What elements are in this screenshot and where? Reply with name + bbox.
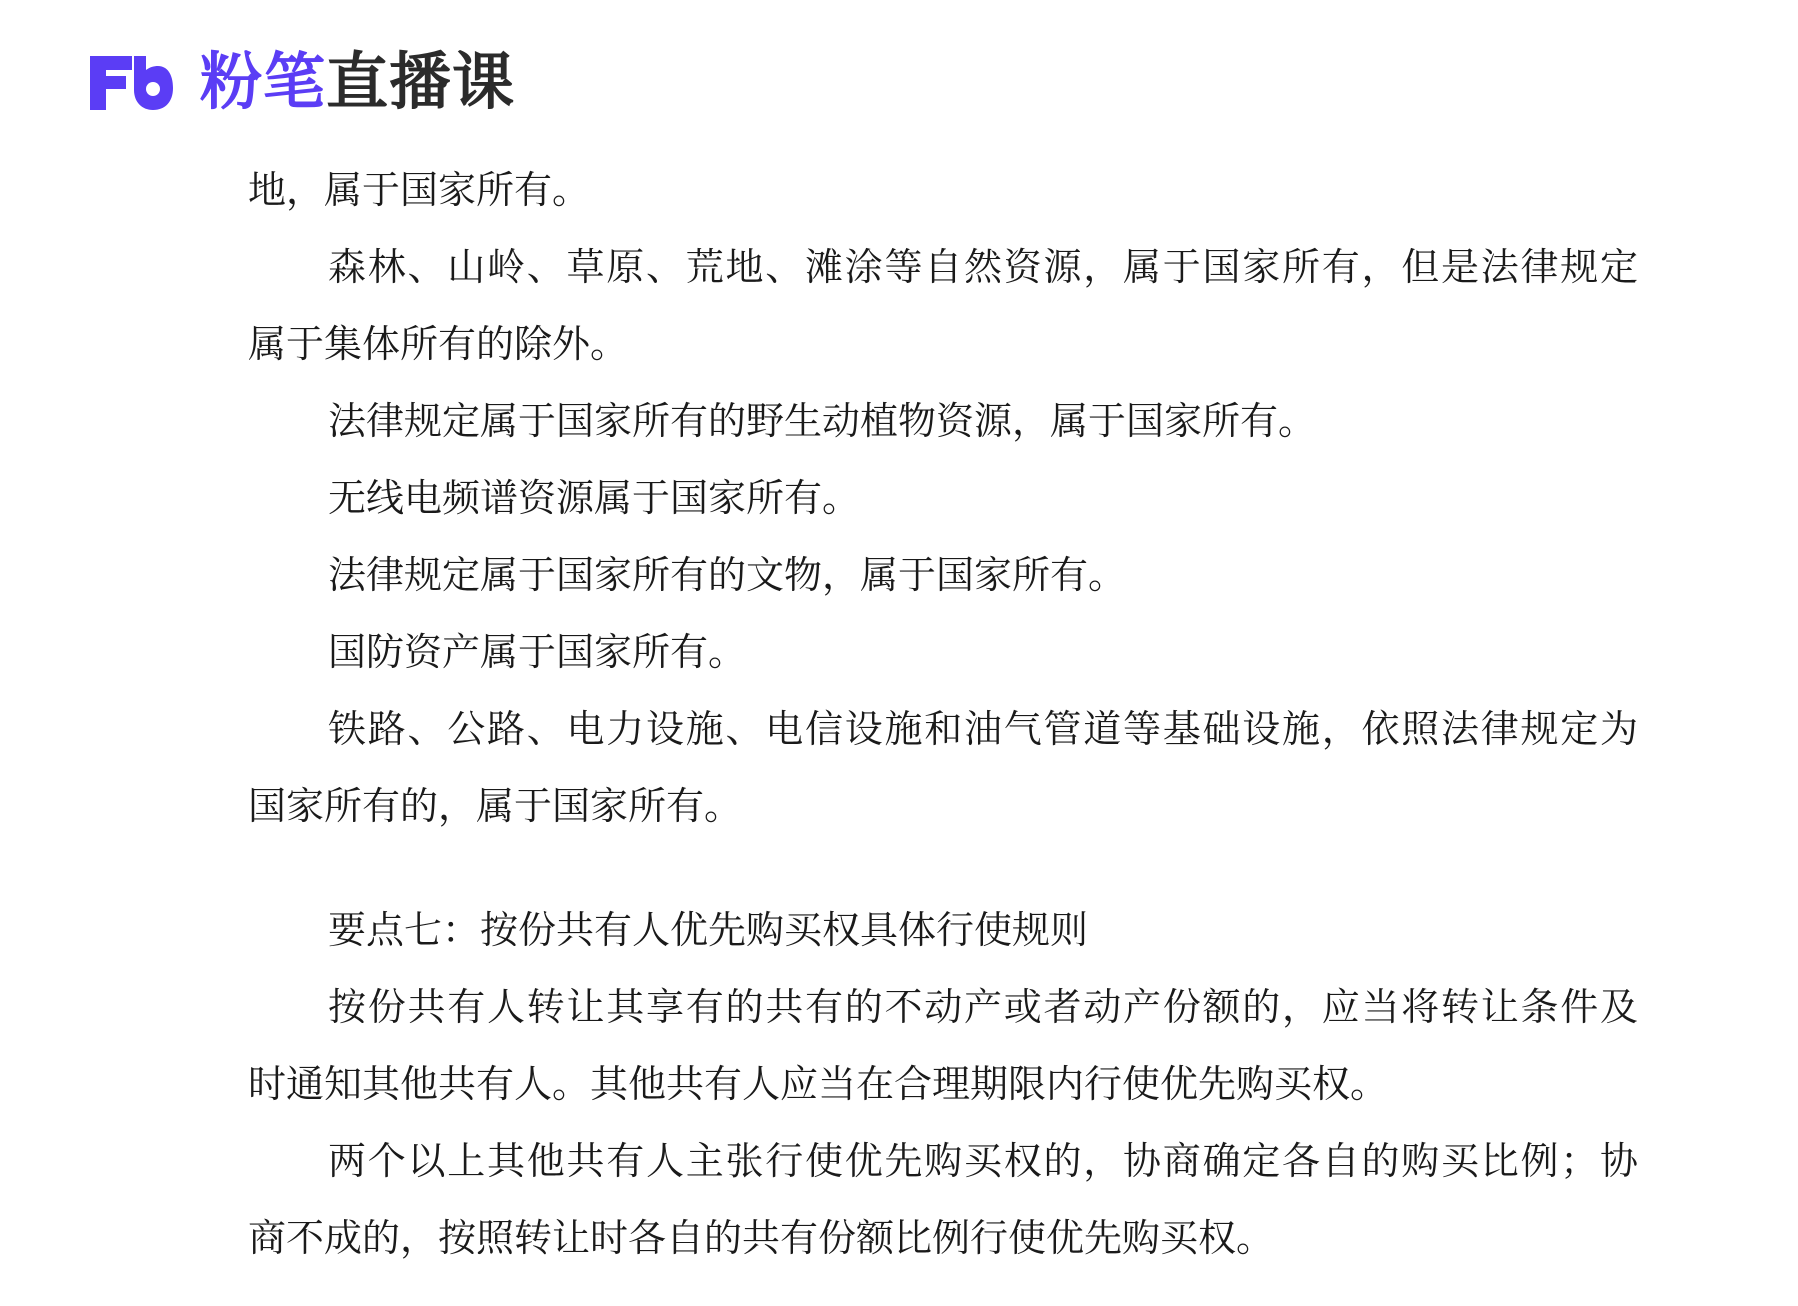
paragraph-line: 地，属于国家所有。 [248,160,1638,237]
paragraph-line: 国防资产属于国家所有。 [248,622,1638,699]
paragraph-line: 属于集体所有的除外。 [248,314,1638,391]
paragraph-line: 两个以上其他共有人主张行使优先购买权的，协商确定各自的购买比例；协 [248,1131,1638,1208]
paragraph-line: 法律规定属于国家所有的野生动植物资源，属于国家所有。 [248,391,1638,468]
paragraph-line: 法律规定属于国家所有的文物，属于国家所有。 [248,545,1638,622]
paragraph-line: 按份共有人转让其享有的共有的不动产或者动产份额的，应当将转让条件及 [248,977,1638,1054]
paragraph-line: 无线电频谱资源属于国家所有。 [248,468,1638,545]
logo-wordmark: 粉笔 直播课 [200,51,515,113]
paragraph-line: 森林、山岭、草原、荒地、滩涂等自然资源，属于国家所有，但是法律规定 [248,237,1638,314]
paragraph-line: 国家所有的，属于国家所有。 [248,776,1638,853]
fenbi-logo-icon [88,52,174,112]
product-name: 直播课 [326,51,515,113]
brand-logo: 粉笔 直播课 [88,46,515,118]
document-body: 地，属于国家所有。 森林、山岭、草原、荒地、滩涂等自然资源，属于国家所有，但是法… [248,160,1638,1285]
paragraph-line: 时通知其他共有人。其他共有人应当在合理期限内行使优先购买权。 [248,1054,1638,1131]
paragraph-line: 铁路、公路、电力设施、电信设施和油气管道等基础设施，依照法律规定为 [248,699,1638,776]
paragraph-line: 商不成的，按照转让时各自的共有份额比例行使优先购买权。 [248,1208,1638,1285]
section-spacer [248,853,1638,900]
section-heading: 要点七：按份共有人优先购买权具体行使规则 [248,900,1638,977]
brand-name: 粉笔 [200,51,326,113]
